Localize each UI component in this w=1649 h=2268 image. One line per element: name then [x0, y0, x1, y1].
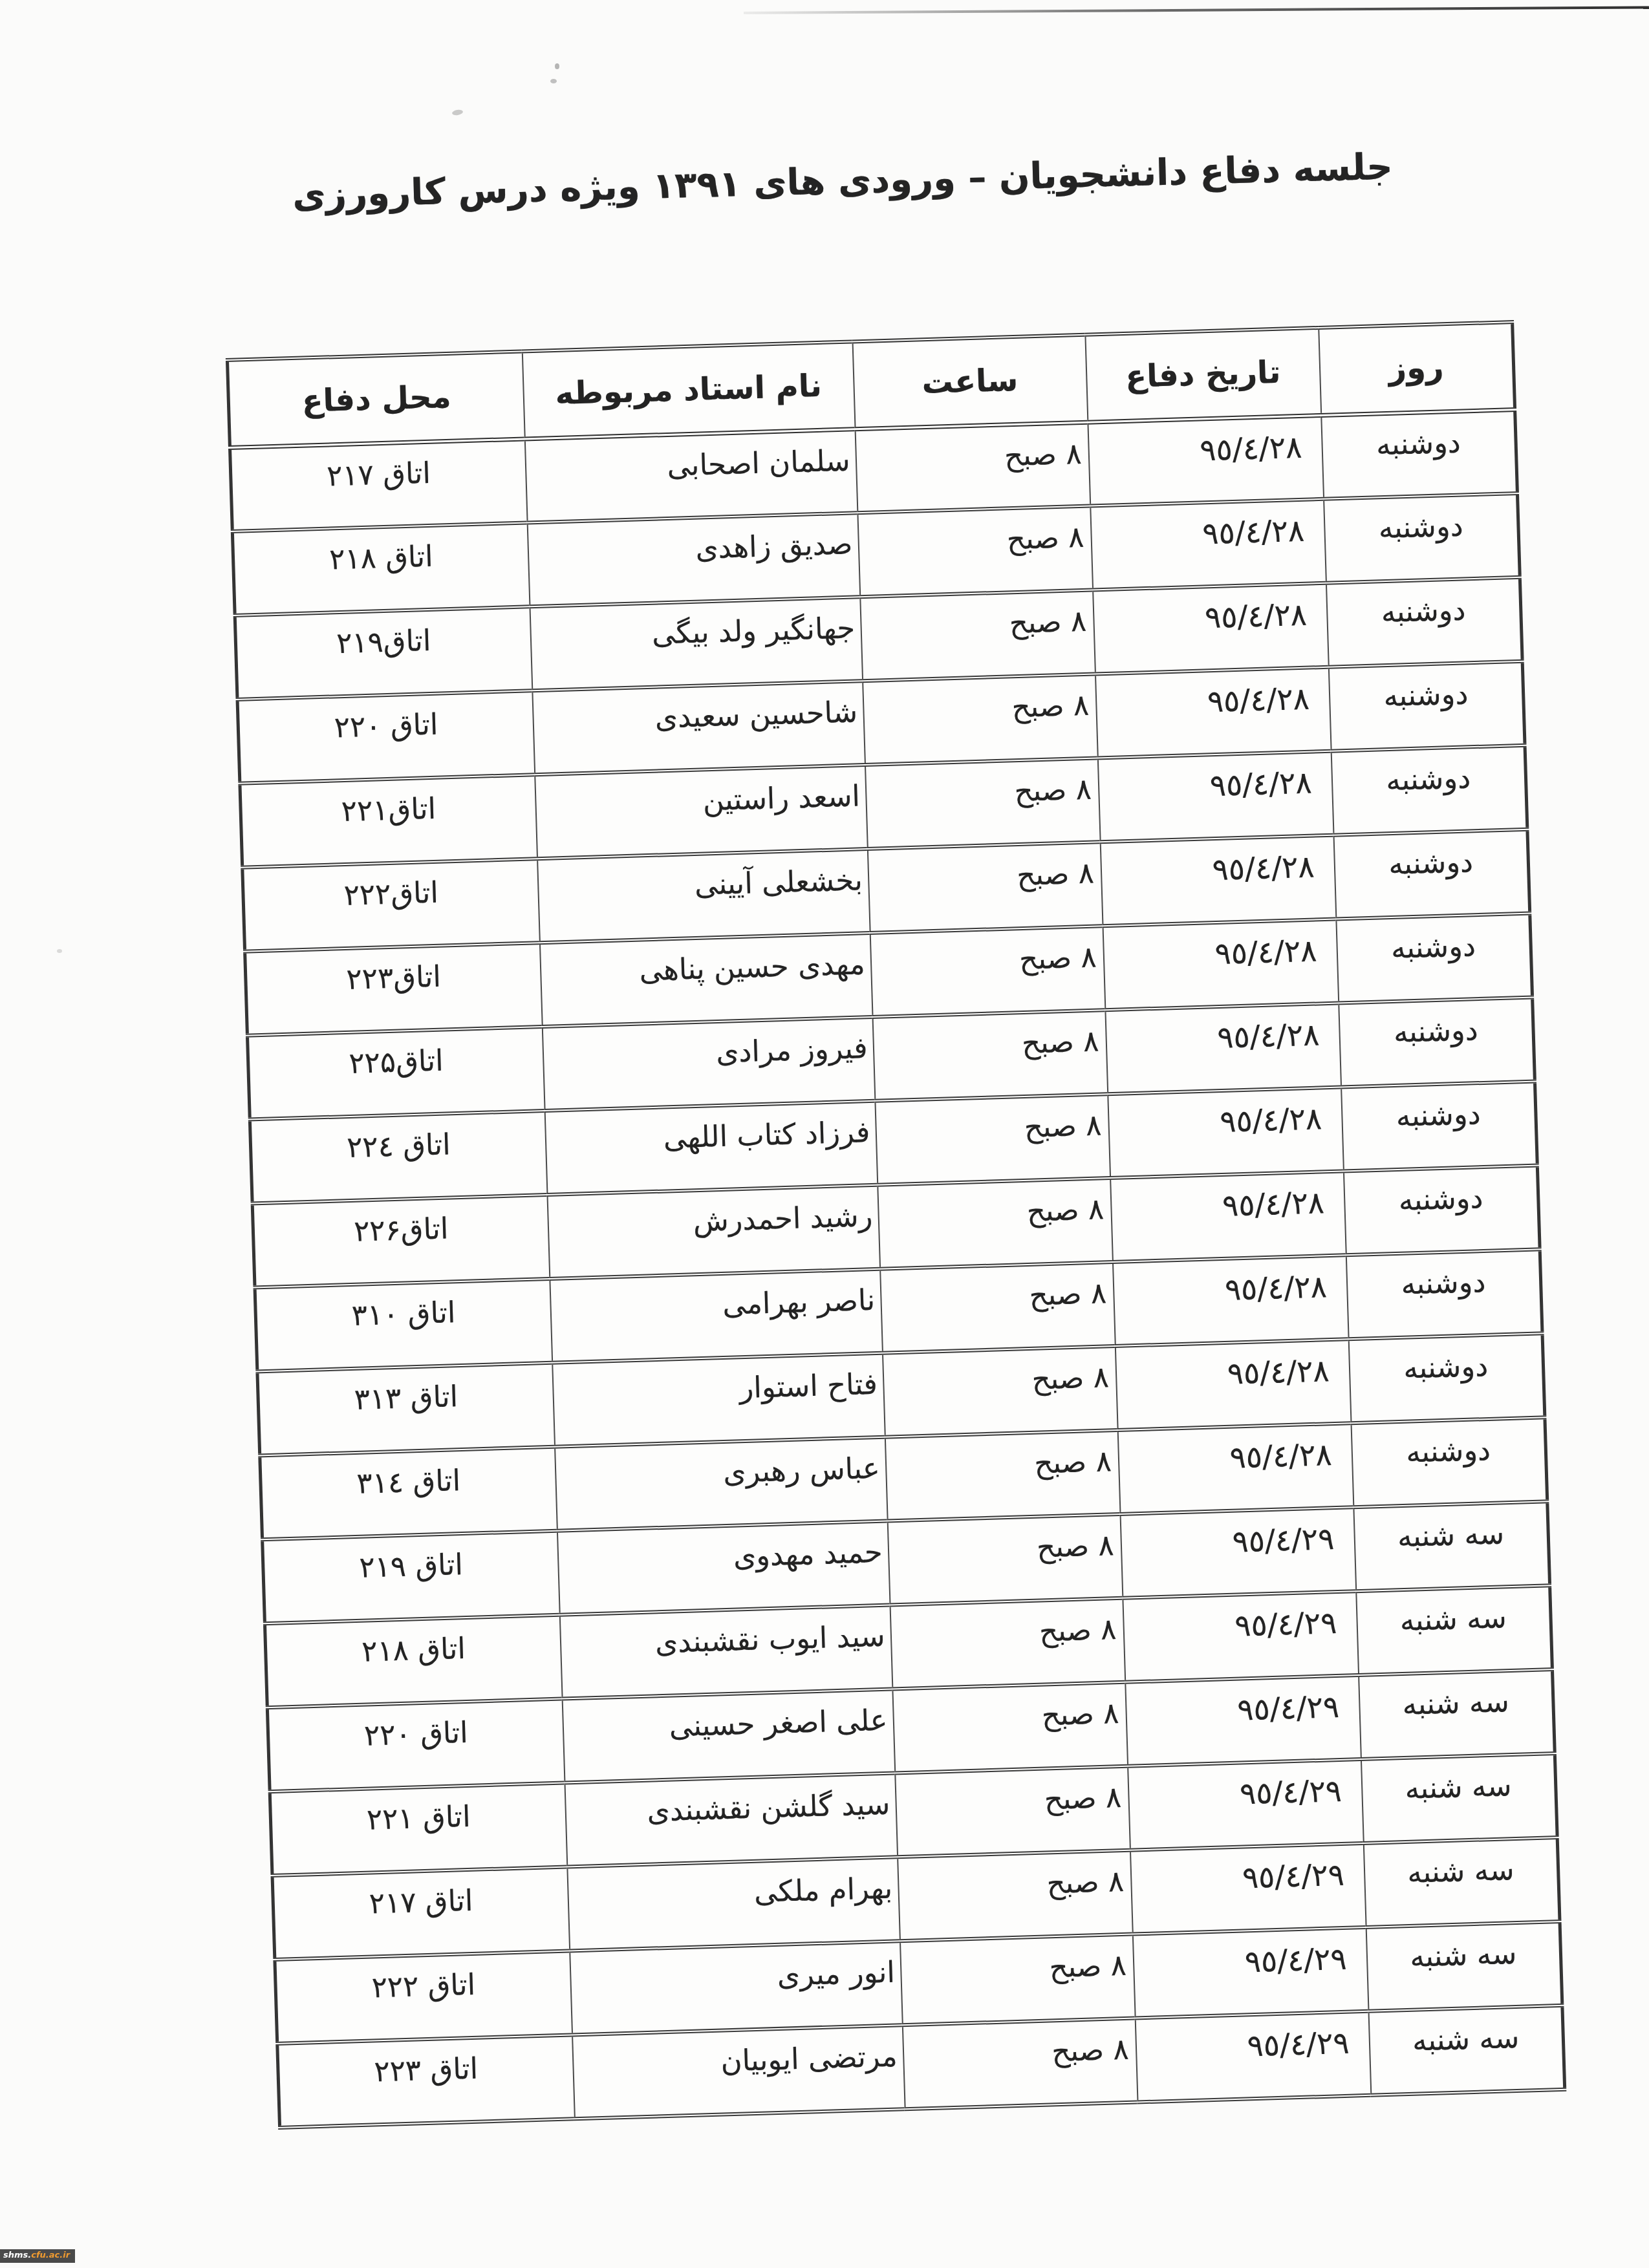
site-watermark: shms.cfu.ac.ir — [0, 2249, 75, 2263]
defense-schedule-table: روز تاریخ دفاع ساعت نام استاد مربوطه محل… — [226, 320, 1566, 2130]
room-cell: اتاق۲۲۱ — [240, 775, 537, 867]
professor-cell: حمید مهدوی — [557, 1521, 890, 1615]
professor-cell: رشید احمدرش — [547, 1185, 880, 1279]
professor-cell: مرتضی ایوبیان — [572, 2025, 905, 2119]
professor-cell: مهدی حسین پناهی — [539, 933, 872, 1027]
header-day: روز — [1319, 322, 1515, 415]
room-cell: اتاق ۲۱۸ — [264, 1615, 562, 1707]
room-cell: اتاق ۲۱۹ — [263, 1531, 560, 1623]
scanned-document-page: جلسه دفاع دانشجویان – ورودی های ۱۳۹۱ ویژ… — [0, 0, 1649, 2268]
room-cell: اتاق ۳۱٤ — [260, 1447, 557, 1539]
room-cell: اتاق ۲۲۰ — [267, 1699, 565, 1792]
date-cell: ٩٥/٤/٢٨ — [1090, 499, 1326, 590]
date-cell: ٩٥/٤/٢٨ — [1115, 1339, 1351, 1430]
day-cell: دوشنبه — [1339, 998, 1535, 1087]
date-cell: ٩٥/٤/٢٩ — [1123, 1591, 1359, 1682]
time-cell: ٨ صبح — [885, 1430, 1120, 1521]
date-cell: ٩٥/٤/٢٨ — [1112, 1255, 1348, 1346]
time-cell: ٨ صبح — [887, 1514, 1123, 1605]
time-cell: ٨ صبح — [867, 842, 1103, 933]
time-cell: ٨ صبح — [865, 758, 1100, 849]
room-cell: اتاق ۲۱۷ — [272, 1867, 570, 1959]
header-date: تاریخ دفاع — [1085, 328, 1321, 422]
time-cell: ٨ صبح — [898, 1850, 1133, 1942]
date-cell: ٩٥/٤/٢٨ — [1117, 1423, 1353, 1514]
professor-cell: صدیق زاهدی — [527, 513, 860, 606]
room-cell: اتاق ۳۱۰ — [255, 1279, 552, 1371]
room-cell: اتاق ۲۲۱ — [270, 1783, 567, 1876]
professor-cell: اسعد راستین — [535, 765, 868, 859]
professor-cell: بخشعلی آیینی — [537, 849, 870, 943]
professor-cell: سلمان اصحابی — [524, 429, 857, 522]
time-cell: ٨ صبح — [857, 506, 1093, 597]
professor-cell: عباس رهبری — [555, 1437, 888, 1531]
day-cell: دوشنبه — [1336, 914, 1533, 1003]
table-body: دوشنبه٩٥/٤/٢٨٨ صبحسلمان اصحابیاتاق ۲۱۷دو… — [230, 409, 1564, 2128]
room-cell: اتاق ۲۲٤ — [250, 1111, 547, 1203]
room-cell: اتاق ۲۱۸ — [232, 522, 530, 615]
date-cell: ٩٥/٤/٢٨ — [1093, 583, 1329, 674]
time-cell: ٨ صبح — [872, 1010, 1108, 1101]
date-cell: ٩٥/٤/٢٨ — [1095, 667, 1331, 758]
date-cell: ٩٥/٤/٢٨ — [1108, 1087, 1344, 1178]
day-cell: سه شنبه — [1368, 2006, 1565, 2095]
scan-speck — [550, 79, 557, 83]
room-cell: اتاق ۲۱۷ — [230, 438, 527, 531]
date-cell: ٩٥/٤/٢٩ — [1135, 2011, 1371, 2102]
day-cell: دوشنبه — [1321, 409, 1518, 499]
professor-cell: انور میری — [570, 1941, 903, 2035]
time-cell: ٨ صبح — [882, 1346, 1117, 1437]
room-cell: اتاق۲۲۲ — [242, 859, 540, 951]
date-cell: ٩٥/٤/٢٩ — [1125, 1675, 1361, 1766]
time-cell: ٨ صبح — [890, 1598, 1125, 1689]
professor-cell: علی اصغر حسینی — [562, 1689, 895, 1782]
date-cell: ٩٥/٤/٢٨ — [1097, 751, 1333, 842]
scan-speck — [555, 63, 559, 69]
day-cell: سه شنبه — [1359, 1669, 1555, 1759]
professor-cell: جهانگیر ولد بیگی — [530, 597, 863, 690]
date-cell: ٩٥/٤/٢٨ — [1110, 1171, 1346, 1262]
scan-speck — [57, 949, 62, 953]
date-cell: ٩٥/٤/٢٨ — [1088, 415, 1324, 506]
room-cell: اتاق ۲۲۲ — [275, 1951, 572, 2043]
professor-cell: شاحسین سعیدی — [532, 681, 865, 775]
professor-cell: سید گلشن نقشبندی — [565, 1773, 898, 1867]
time-cell: ٨ صبح — [895, 1766, 1130, 1857]
watermark-suffix: cfu.ac.ir — [31, 2251, 70, 2260]
time-cell: ٨ صبح — [870, 926, 1105, 1017]
room-cell: اتاق ۲۲۰ — [237, 690, 535, 783]
day-cell: دوشنبه — [1326, 577, 1522, 667]
day-cell: دوشنبه — [1331, 745, 1527, 835]
day-cell: دوشنبه — [1328, 661, 1525, 751]
date-cell: ٩٥/٤/٢٨ — [1103, 919, 1339, 1011]
day-cell: دوشنبه — [1333, 829, 1530, 919]
room-cell: اتاق۲۱۹ — [235, 606, 532, 699]
professor-cell: بهرام ملکی — [567, 1857, 900, 1951]
professor-cell: سید ایوب نقشبندی — [559, 1605, 892, 1699]
day-cell: دوشنبه — [1348, 1333, 1545, 1423]
day-cell: دوشنبه — [1343, 1165, 1540, 1255]
watermark-prefix: shms. — [3, 2251, 31, 2260]
day-cell: سه شنبه — [1361, 1753, 1557, 1843]
time-cell: ٨ صبح — [902, 2018, 1137, 2110]
room-cell: اتاق۲۲۳ — [245, 943, 543, 1035]
date-cell: ٩٥/٤/٢٩ — [1120, 1507, 1356, 1598]
date-cell: ٩٥/٤/٢٨ — [1100, 835, 1336, 926]
time-cell: ٨ صبح — [863, 674, 1098, 765]
professor-cell: فیروز مرادی — [542, 1017, 875, 1111]
time-cell: ٨ صبح — [892, 1682, 1128, 1773]
professor-cell: فتاح استوار — [552, 1353, 885, 1447]
day-cell: دوشنبه — [1351, 1417, 1547, 1507]
room-cell: اتاق۲۲۶ — [252, 1195, 550, 1287]
time-cell: ٨ صبح — [900, 1934, 1135, 2026]
date-cell: ٩٥/٤/٢٩ — [1132, 1927, 1368, 2018]
time-cell: ٨ صبح — [855, 422, 1090, 513]
time-cell: ٨ صبح — [878, 1178, 1113, 1269]
room-cell: اتاق ۲۲۳ — [277, 2035, 575, 2127]
professor-cell: فرزاد کتاب اللهی — [544, 1101, 878, 1195]
day-cell: سه شنبه — [1366, 1921, 1562, 2011]
header-location: محل دفاع — [227, 352, 524, 447]
professor-cell: ناصر بهرامی — [550, 1269, 883, 1363]
day-cell: دوشنبه — [1341, 1082, 1538, 1171]
header-professor: نام استاد مربوطه — [522, 341, 855, 438]
day-cell: سه شنبه — [1353, 1501, 1550, 1591]
date-cell: ٩٥/٤/٢٩ — [1128, 1759, 1364, 1850]
time-cell: ٨ صبح — [860, 590, 1095, 681]
scan-edge-artifact — [744, 6, 1649, 14]
date-cell: ٩٥/٤/٢٨ — [1105, 1003, 1341, 1095]
day-cell: سه شنبه — [1356, 1585, 1553, 1675]
day-cell: سه شنبه — [1363, 1837, 1560, 1927]
time-cell: ٨ صبح — [875, 1094, 1110, 1185]
date-cell: ٩٥/٤/٢٩ — [1130, 1843, 1366, 1934]
day-cell: دوشنبه — [1346, 1249, 1542, 1339]
header-time: ساعت — [852, 335, 1088, 429]
scan-speck — [451, 109, 463, 116]
room-cell: اتاق۲۲۵ — [247, 1027, 544, 1119]
time-cell: ٨ صبح — [880, 1262, 1115, 1353]
day-cell: دوشنبه — [1324, 493, 1520, 583]
room-cell: اتاق ۳۱۳ — [257, 1363, 555, 1455]
page-title: جلسه دفاع دانشجویان – ورودی های ۱۳۹۱ ویژ… — [292, 146, 1394, 217]
